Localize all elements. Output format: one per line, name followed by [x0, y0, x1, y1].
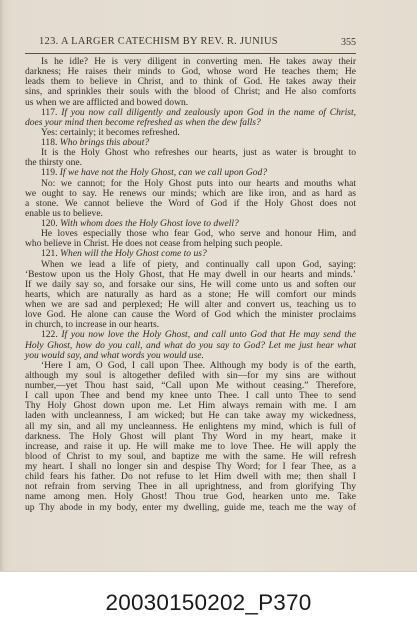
line-text: up Thy abode in my body, enter my dwelli… [25, 502, 356, 513]
line-text: It is the Holy Ghost who refreshes our h… [41, 147, 356, 158]
running-head: 123. A LARGER CATECHISM BY REV. R. JUNIU… [25, 36, 356, 50]
image-caption: 20030150202_P370 [0, 590, 417, 616]
page-number: 355 [341, 37, 356, 48]
running-head-title: 123. A LARGER CATECHISM BY REV. R. JUNIU… [39, 36, 278, 47]
header-rule [25, 53, 356, 54]
body-text: Is he idle? He is very diligent in conve… [25, 57, 356, 513]
text-line: up Thy abode in my body, enter my dwelli… [25, 503, 356, 513]
scanned-book-page: 123. A LARGER CATECHISM BY REV. R. JUNIU… [0, 0, 417, 572]
